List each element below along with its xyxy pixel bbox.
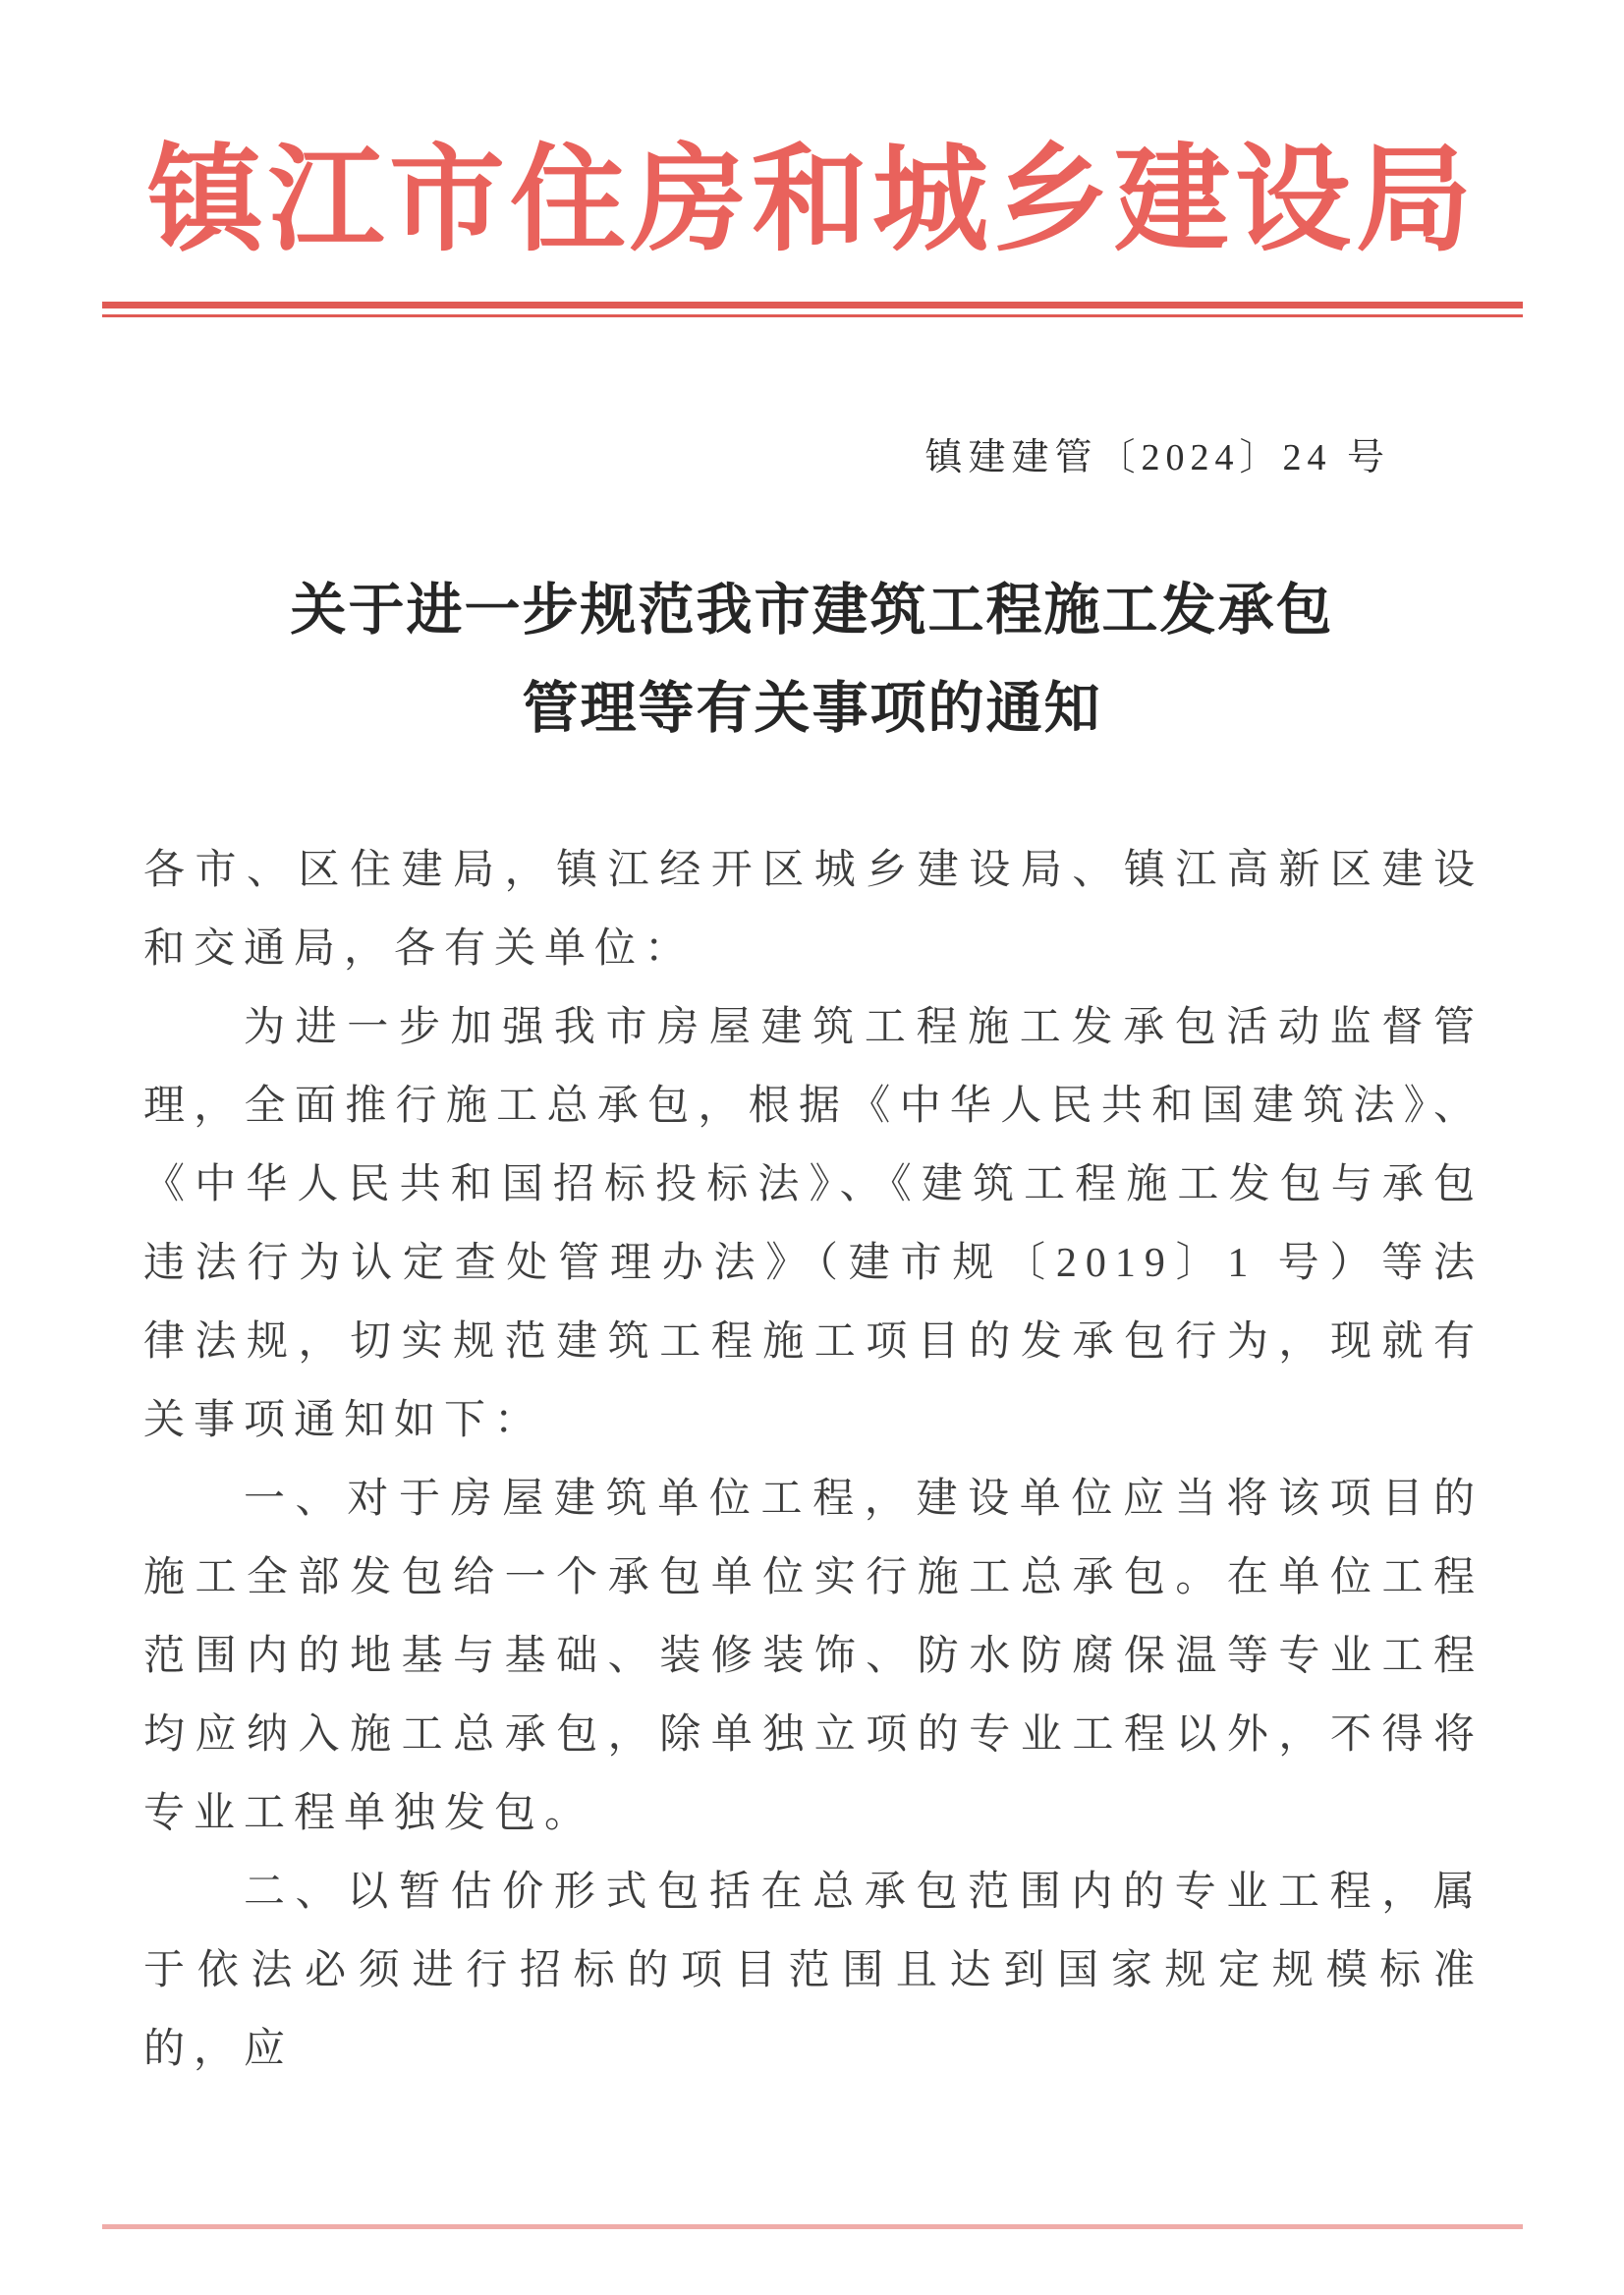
body-paragraph-item2: 二、以暂估价形式包括在总承包范围内的专业工程，属于依法必须进行招标的项目范围且达… <box>143 1853 1484 2089</box>
body-paragraph-intro: 为进一步加强我市房屋建筑工程施工发承包活动监督管理，全面推行施工总承包，根据《中… <box>143 988 1484 1460</box>
header-divider-thick <box>102 302 1523 308</box>
notice-title-line2: 管理等有关事项的通知 <box>0 660 1624 758</box>
body-paragraph-item1: 一、对于房屋建筑单位工程，建设单位应当将该项目的施工全部发包给一个承包单位实行施… <box>143 1460 1484 1853</box>
agency-title: 镇江市住房和城乡建设局 <box>0 106 1624 273</box>
page-bottom-divider <box>102 2224 1523 2229</box>
document-body: 各市、区住建局，镇江经开区城乡建设局、镇江高新区建设和交通局，各有关单位： 为进… <box>143 831 1484 2089</box>
notice-title: 关于进一步规范我市建筑工程施工发承包 管理等有关事项的通知 <box>0 562 1624 758</box>
recipients-paragraph: 各市、区住建局，镇江经开区城乡建设局、镇江高新区建设和交通局，各有关单位： <box>143 831 1484 988</box>
document-page: 镇江市住房和城乡建设局 镇建建管〔2024〕24 号 关于进一步规范我市建筑工程… <box>0 0 1624 2295</box>
document-number: 镇建建管〔2024〕24 号 <box>924 426 1390 480</box>
header-divider-thin <box>102 314 1523 317</box>
notice-title-line1: 关于进一步规范我市建筑工程施工发承包 <box>0 562 1624 660</box>
